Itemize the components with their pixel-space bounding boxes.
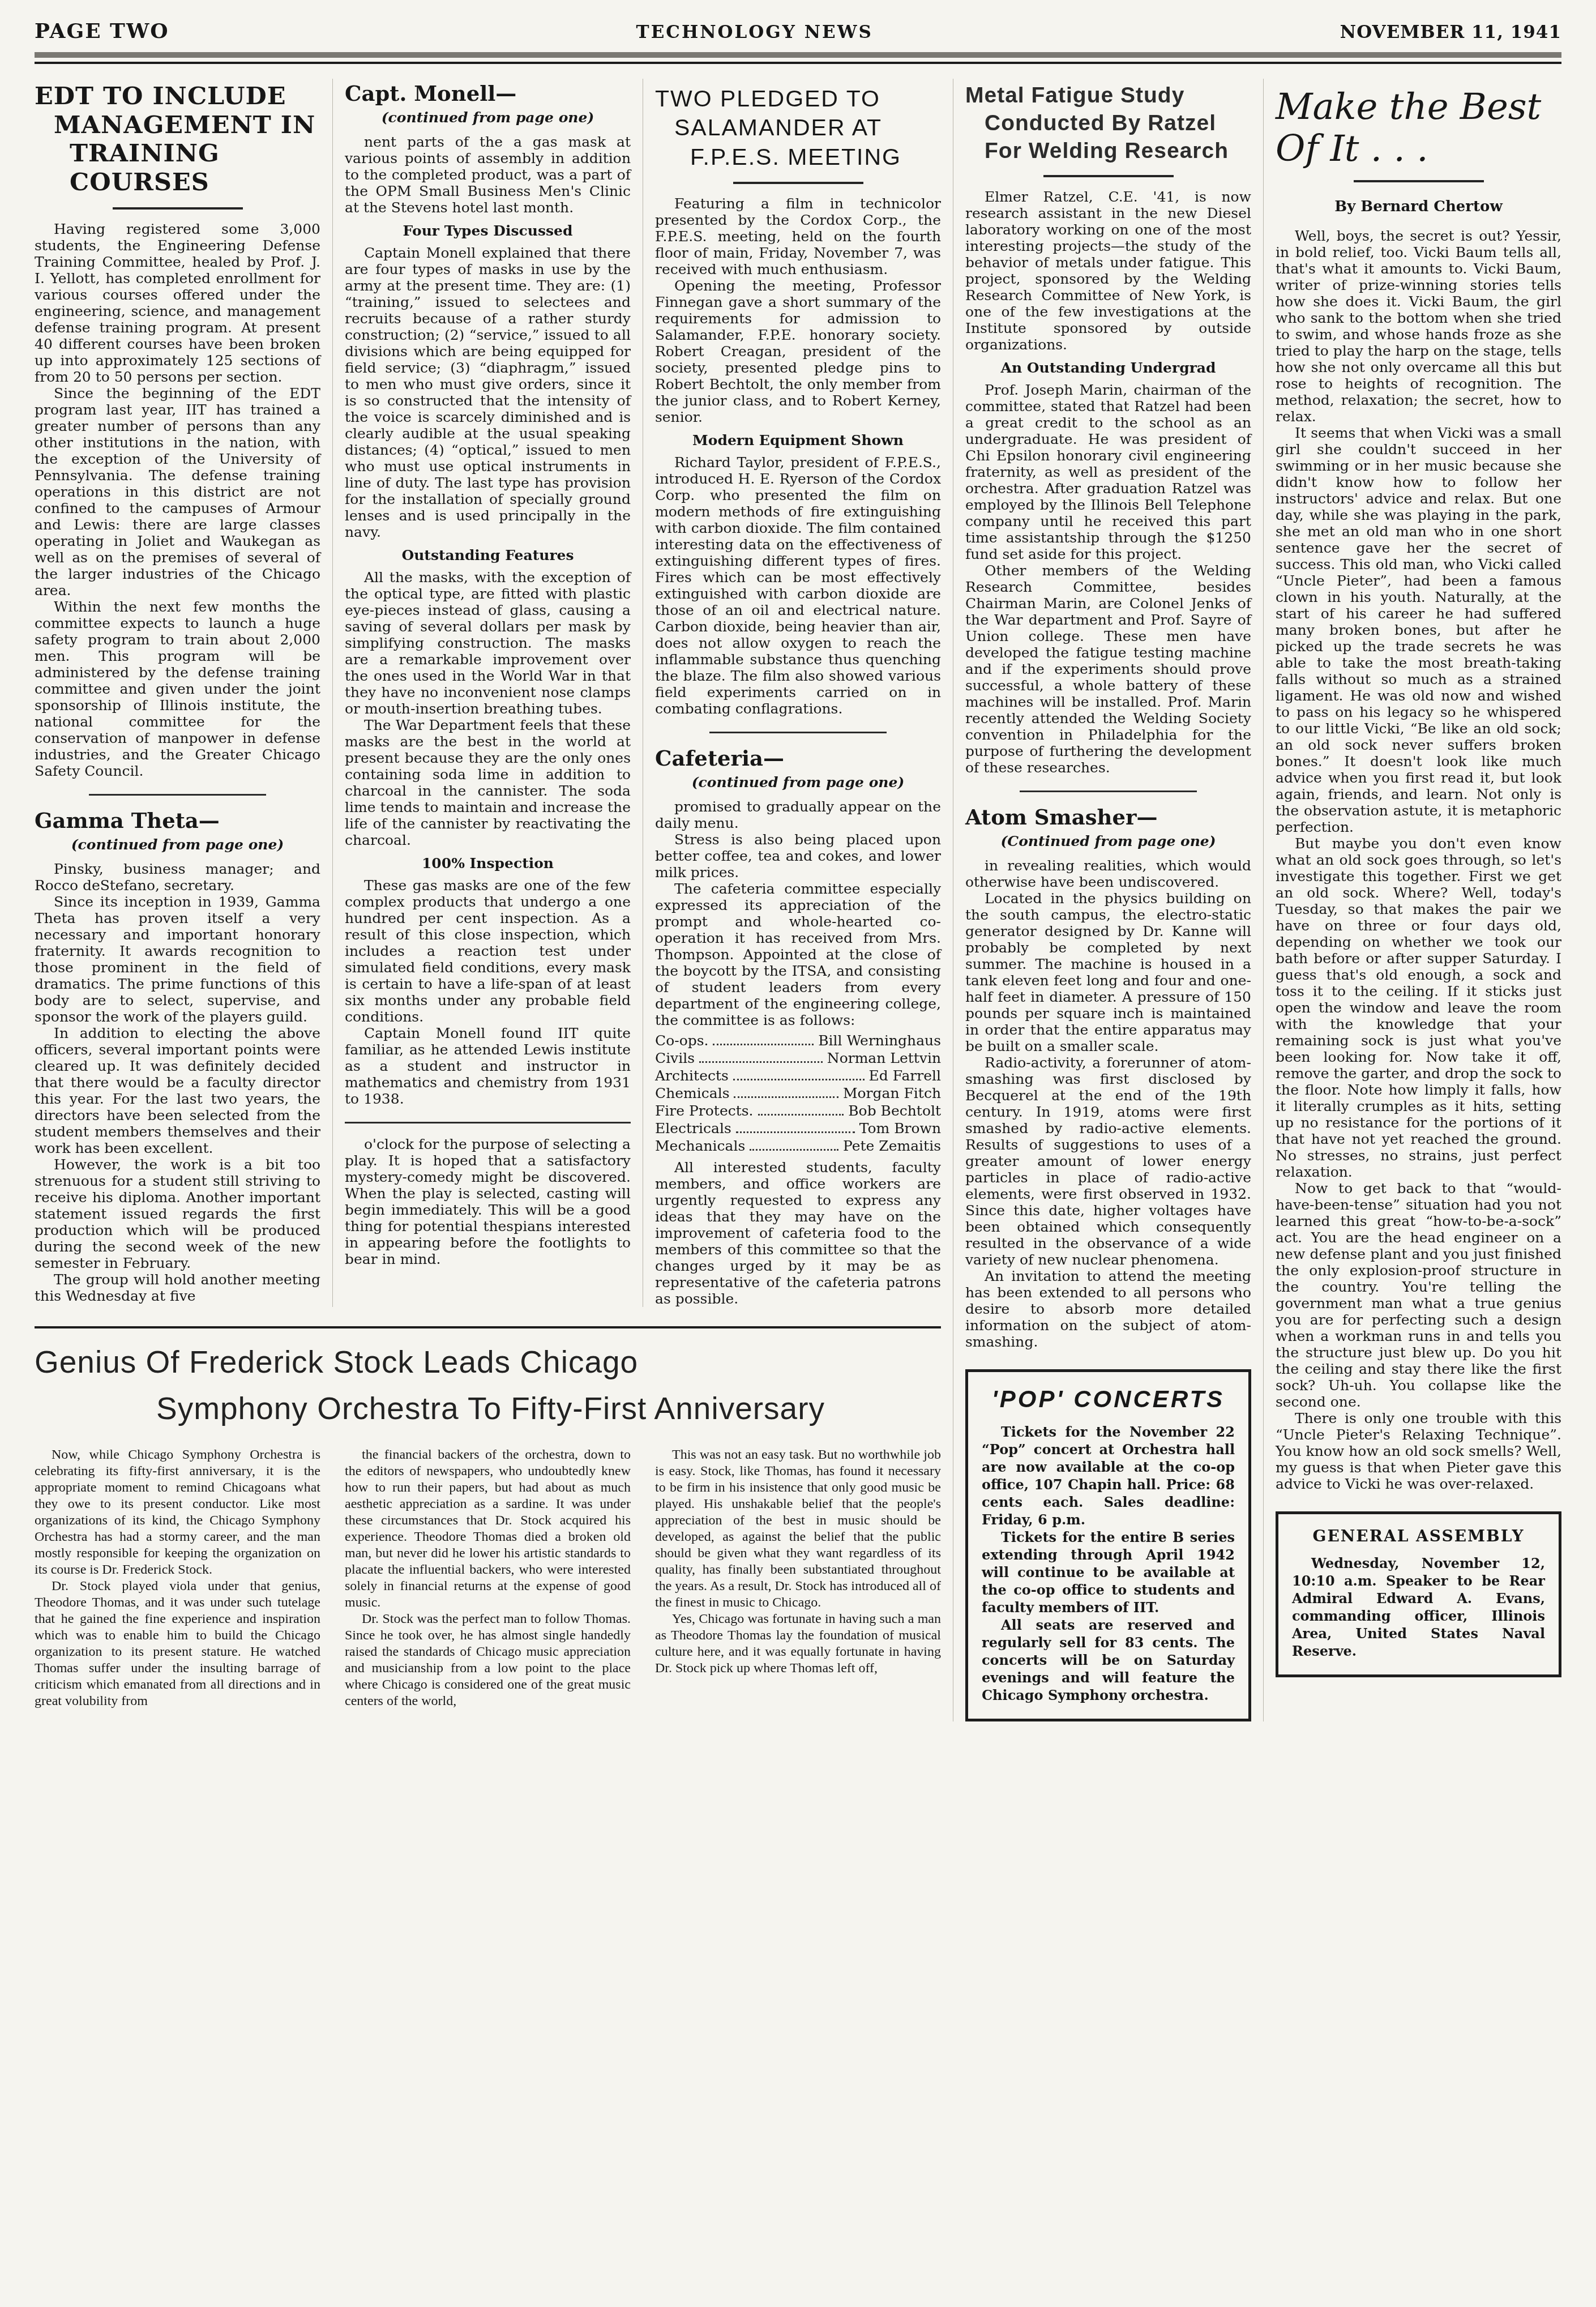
committee-row: Civils Norman Lettvin: [655, 1049, 941, 1067]
continued-note: (continued from page one): [345, 109, 631, 126]
bottom-column-3: This was not an easy task. But no worthw…: [655, 1447, 941, 1710]
article-separator-rule: [345, 1122, 631, 1123]
paragraph: It seems that when Vicki was a small gir…: [1276, 425, 1561, 835]
article-headline: EDT TO INCLUDE MANAGEMENT IN TRAINING CO…: [35, 82, 320, 197]
paragraph: The War Department feels that these mask…: [345, 717, 631, 848]
subhead: Four Types Discussed: [345, 223, 631, 239]
box-body: Tickets for the November 22 “Pop” concer…: [982, 1423, 1235, 1704]
paragraph: All interested students, faculty members…: [655, 1159, 941, 1307]
paragraph: Featuring a film in technicolor presente…: [655, 195, 941, 277]
cafeteria-committee-list: Co-ops. Bill Werninghaus Civils Norman L…: [655, 1032, 941, 1155]
paragraph: Elmer Ratzel, C.E. '41, is now research …: [965, 189, 1251, 353]
column-4: Metal Fatigue Study Conducted By Ratzel …: [965, 79, 1251, 1721]
article-title: Gamma Theta—: [35, 808, 320, 833]
article-body: Prof. Joseph Marin, chairman of the comm…: [965, 382, 1251, 776]
article-metal-fatigue: Metal Fatigue Study Conducted By Ratzel …: [965, 82, 1251, 776]
headline-line: Symphony Orchestra To Fifty-First Annive…: [35, 1385, 941, 1432]
newspaper-title: TECHNOLOGY NEWS: [636, 22, 873, 42]
paragraph: Yes, Chicago was fortunate in having suc…: [655, 1611, 941, 1677]
article-make-the-best-of-it: Make the Best Of It . . . By Bernard Che…: [1276, 87, 1561, 1492]
article-salamander-pledge: TWO PLEDGED TO SALAMANDER AT F.P.E.S. ME…: [655, 84, 941, 717]
committee-dept: Architects: [655, 1067, 729, 1084]
article-body: Well, boys, the secret is out? Yessir, i…: [1276, 228, 1561, 1492]
article-body: Featuring a film in technicolor presente…: [655, 195, 941, 425]
box-title: GENERAL ASSEMBLY: [1292, 1527, 1545, 1545]
article-title: Atom Smasher—: [965, 805, 1251, 830]
paragraph: Having registered some 3,000 students, t…: [35, 221, 320, 385]
paragraph: the financial backers of the orchestra, …: [345, 1447, 631, 1611]
box-body: Wednesday, November 12, 10:10 a.m. Speak…: [1292, 1554, 1545, 1660]
article-edt-training: EDT TO INCLUDE MANAGEMENT IN TRAINING CO…: [35, 82, 320, 779]
headline-rule: [113, 207, 243, 210]
committee-dept: Co-ops.: [655, 1032, 708, 1049]
paragraph: However, the work is a bit too strenuous…: [35, 1156, 320, 1271]
article-body: in revealing realities, which would othe…: [965, 857, 1251, 1350]
article-separator-rule: [89, 794, 266, 796]
paragraph: Radio-activity, a forerunner of atom-sma…: [965, 1054, 1251, 1268]
article-gamma-theta: Gamma Theta— (continued from page one) P…: [35, 808, 320, 1304]
paragraph: All seats are reserved and regularly sel…: [982, 1616, 1235, 1704]
bottom-column-2: the financial backers of the orchestra, …: [345, 1447, 631, 1710]
subhead: Modern Equipment Shown: [655, 432, 941, 448]
pop-concerts-box: 'POP' CONCERTS Tickets for the November …: [965, 1369, 1251, 1721]
subhead: 100% Inspection: [345, 855, 631, 871]
paragraph: Within the next few months the committee…: [35, 599, 320, 779]
paragraph: Other members of the Welding Research Co…: [965, 562, 1251, 776]
committee-row: Chemicals Morgan Fitch: [655, 1084, 941, 1102]
headline-line: F.P.E.S. MEETING: [655, 143, 941, 172]
dot-leader: [736, 1131, 855, 1133]
article-frederick-stock: Genius Of Frederick Stock Leads Chicago …: [35, 1339, 941, 1710]
headline-line: EDT TO INCLUDE: [35, 82, 320, 111]
dot-leader: [713, 1044, 814, 1045]
page-number-label: PAGE TWO: [35, 19, 169, 43]
headline-line: Genius Of Frederick Stock Leads Chicago: [35, 1339, 941, 1386]
article-body: All the masks, with the exception of the…: [345, 569, 631, 848]
article-atom-smasher: Atom Smasher— (Continued from page one) …: [965, 805, 1251, 1350]
dot-leader: [733, 1079, 865, 1080]
paragraph: promised to gradually appear on the dail…: [655, 798, 941, 831]
committee-dept: Electricals: [655, 1120, 731, 1137]
headline-line: Make the Best: [1276, 86, 1541, 128]
paragraph: Pinsky, business manager; and Rocco deSt…: [35, 861, 320, 894]
article-capt-monell: Capt. Monell— (continued from page one) …: [345, 81, 631, 1107]
continued-note: (Continued from page one): [965, 833, 1251, 849]
paragraph: This was not an easy task. But no worthw…: [655, 1447, 941, 1611]
committee-row: Architects Ed Farrell: [655, 1067, 941, 1084]
article-body: promised to gradually appear on the dail…: [655, 798, 941, 1028]
continued-note: (continued from page one): [655, 774, 941, 791]
article-title: Cafeteria—: [655, 746, 941, 771]
page-body: EDT TO INCLUDE MANAGEMENT IN TRAINING CO…: [35, 79, 1561, 1721]
paragraph: Richard Taylor, president of F.P.E.S., i…: [655, 454, 941, 717]
byline: By Bernard Chertow: [1276, 198, 1561, 215]
headline-line: SALAMANDER AT: [655, 113, 941, 142]
paragraph: Now to get back to that “would-have-been…: [1276, 1180, 1561, 1410]
bottom-column-1: Now, while Chicago Symphony Orchestra is…: [35, 1447, 320, 1710]
committee-dept: Civils: [655, 1049, 695, 1067]
headline-line: For Welding Research: [965, 138, 1251, 165]
paragraph: Tickets for the November 22 “Pop” concer…: [982, 1423, 1235, 1528]
article-body: Richard Taylor, president of F.P.E.S., i…: [655, 454, 941, 717]
committee-row: Co-ops. Bill Werninghaus: [655, 1032, 941, 1049]
article-separator-rule: [709, 732, 887, 733]
paragraph: But maybe you don't even know what an ol…: [1276, 835, 1561, 1180]
continued-note: (continued from page one): [35, 836, 320, 853]
column-3: TWO PLEDGED TO SALAMANDER AT F.P.E.S. ME…: [643, 79, 941, 1307]
article-headline: Make the Best Of It . . .: [1276, 87, 1561, 170]
committee-member: Morgan Fitch: [843, 1084, 941, 1102]
paragraph: All the masks, with the exception of the…: [345, 569, 631, 717]
article-body: Elmer Ratzel, C.E. '41, is now research …: [965, 189, 1251, 353]
issue-date: NOVEMBER 11, 1941: [1340, 22, 1561, 42]
paragraph: Since the beginning of the EDT program l…: [35, 385, 320, 599]
committee-member: Bob Bechtolt: [848, 1102, 941, 1120]
masthead-rule-thick: [35, 52, 1561, 58]
committee-member: Tom Brown: [859, 1120, 941, 1137]
paragraph: Now, while Chicago Symphony Orchestra is…: [35, 1447, 320, 1578]
paragraph: Located in the physics building on the s…: [965, 890, 1251, 1054]
paragraph: Captain Monell found IIT quite familiar,…: [345, 1025, 631, 1107]
paragraph: An invitation to attend the meeting has …: [965, 1268, 1251, 1350]
box-title: 'POP' CONCERTS: [982, 1386, 1235, 1413]
column-2: Capt. Monell— (continued from page one) …: [332, 79, 631, 1307]
headline-line: TWO PLEDGED TO: [655, 84, 941, 113]
masthead-rule-thin: [35, 62, 1561, 64]
paragraph: o'clock for the purpose of selecting a p…: [345, 1136, 631, 1267]
column-5: Make the Best Of It . . . By Bernard Che…: [1263, 79, 1561, 1721]
article-body: All interested students, faculty members…: [655, 1159, 941, 1307]
subhead: An Outstanding Undergrad: [965, 360, 1251, 376]
committee-member: Norman Lettvin: [827, 1049, 941, 1067]
newspaper-page: PAGE TWO TECHNOLOGY NEWS NOVEMBER 11, 19…: [0, 0, 1596, 2307]
paragraph: The cafeteria committee especially expre…: [655, 881, 941, 1028]
headline-line: Metal Fatigue Study: [965, 82, 1251, 110]
headline-rule: [733, 182, 863, 184]
subhead: Outstanding Features: [345, 547, 631, 563]
paragraph: Stress is also being placed upon better …: [655, 831, 941, 881]
paragraph: Captain Monell explained that there are …: [345, 245, 631, 540]
article-cafeteria: Cafeteria— (continued from page one) pro…: [655, 746, 941, 1307]
masthead: PAGE TWO TECHNOLOGY NEWS NOVEMBER 11, 19…: [35, 19, 1561, 43]
headline-line: MANAGEMENT IN: [35, 111, 320, 140]
paragraph: Dr. Stock played viola under that genius…: [35, 1578, 320, 1710]
committee-member: Bill Werninghaus: [818, 1032, 941, 1049]
right-zone: Metal Fatigue Study Conducted By Ratzel …: [953, 79, 1586, 1721]
general-assembly-box: GENERAL ASSEMBLY Wednesday, November 12,…: [1276, 1511, 1561, 1677]
committee-row: Mechanicals Pete Zemaitis: [655, 1137, 941, 1155]
paragraph: Well, boys, the secret is out? Yessir, i…: [1276, 228, 1561, 425]
headline-line: Of It . . .: [1276, 128, 1428, 170]
committee-member: Ed Farrell: [869, 1067, 941, 1084]
headline-rule: [1354, 180, 1484, 182]
paragraph: In addition to electing the above office…: [35, 1025, 320, 1156]
bottom-article-columns: Now, while Chicago Symphony Orchestra is…: [35, 1447, 941, 1710]
paragraph: Dr. Stock was the perfect man to follow …: [345, 1611, 631, 1710]
section-divider-rule: [35, 1326, 941, 1328]
committee-dept: Fire Protects.: [655, 1102, 754, 1120]
dot-leader: [750, 1149, 838, 1151]
committee-dept: Mechanicals: [655, 1137, 745, 1155]
paragraph: Tickets for the entire B series extendin…: [982, 1528, 1235, 1616]
article-body: These gas masks are one of the few compl…: [345, 877, 631, 1107]
article-headline: Genius Of Frederick Stock Leads Chicago …: [35, 1339, 941, 1432]
committee-dept: Chemicals: [655, 1084, 729, 1102]
paragraph: Opening the meeting, Professor Finnegan …: [655, 277, 941, 425]
headline-rule: [1043, 175, 1174, 177]
dot-leader: [758, 1114, 844, 1116]
headline-line: TRAINING COURSES: [35, 139, 320, 196]
gamma-theta-continuation: o'clock for the purpose of selecting a p…: [345, 1136, 631, 1267]
article-separator-rule: [1020, 791, 1197, 792]
article-body: Captain Monell explained that there are …: [345, 245, 631, 540]
dot-leader: [734, 1096, 838, 1098]
paragraph: There is only one trouble with this “Unc…: [1276, 1410, 1561, 1492]
article-body: nent parts of the a gas mask at various …: [345, 134, 631, 216]
paragraph: The group will hold another meeting this…: [35, 1271, 320, 1304]
committee-row: Electricals Tom Brown: [655, 1120, 941, 1137]
top-columns: EDT TO INCLUDE MANAGEMENT IN TRAINING CO…: [35, 79, 941, 1307]
committee-row: Fire Protects. Bob Bechtolt: [655, 1102, 941, 1120]
column-1: EDT TO INCLUDE MANAGEMENT IN TRAINING CO…: [35, 79, 320, 1307]
dot-leader: [699, 1061, 823, 1063]
paragraph: Since its inception in 1939, Gamma Theta…: [35, 894, 320, 1025]
paragraph: These gas masks are one of the few compl…: [345, 877, 631, 1025]
paragraph: Wednesday, November 12, 10:10 a.m. Speak…: [1292, 1554, 1545, 1660]
article-headline: Metal Fatigue Study Conducted By Ratzel …: [965, 82, 1251, 165]
paragraph: in revealing realities, which would othe…: [965, 857, 1251, 890]
paragraph: Prof. Joseph Marin, chairman of the comm…: [965, 382, 1251, 562]
article-body: Having registered some 3,000 students, t…: [35, 221, 320, 779]
committee-member: Pete Zemaitis: [843, 1137, 941, 1155]
article-headline: TWO PLEDGED TO SALAMANDER AT F.P.E.S. ME…: [655, 84, 941, 172]
article-title: Capt. Monell—: [345, 81, 631, 106]
paragraph: nent parts of the a gas mask at various …: [345, 134, 631, 216]
headline-line: Conducted By Ratzel: [965, 110, 1251, 138]
left-zone: EDT TO INCLUDE MANAGEMENT IN TRAINING CO…: [35, 79, 941, 1721]
article-body: Pinsky, business manager; and Rocco deSt…: [35, 861, 320, 1304]
